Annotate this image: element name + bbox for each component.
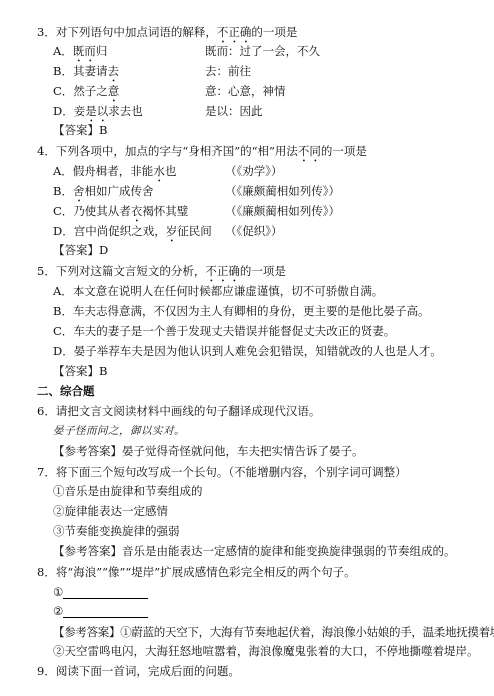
option-label: C．: [53, 84, 73, 98]
question-5-option-b: B．车夫志得意满，不仅因为主人有卿相的身份，更主要的是他比晏子高。: [53, 304, 429, 318]
option-text: 其妻请: [73, 64, 108, 78]
blank-line: [63, 605, 148, 618]
question-3-option-b: B．其妻请去: [53, 64, 119, 85]
question-3-stem: 3．对下列语句中加点词语的解释，不正确的一项是: [37, 25, 297, 46]
emphasized-word: 是以: [85, 104, 108, 118]
question-7-stem: 7．将下面三个短句改写成一个长句。（不能增删内容，个别字词可调整）: [37, 465, 407, 479]
option-label: A．: [53, 164, 73, 178]
option-a-source: （《劝学》）: [225, 164, 283, 178]
question-3-answer: 【答案】B: [53, 123, 107, 137]
question-5-option-d: D．晏子举荐车夫是因为他认识到人难免会犯错误，知错就改的人也是人才。: [53, 344, 442, 358]
option-text: 晏子举荐车夫是因为他认识到人难免会犯错误，知错就改的人也是人才。: [74, 344, 442, 358]
question-4-option-c: C．乃使其从者衣褐怀其璧: [53, 204, 188, 225]
question-8-answer-2: ②天空雷鸣电闪，大海狂怒地喧嚣着，海浪像魔鬼张着的大口，不停地撕噬着堤岸。: [53, 644, 479, 658]
stem-text: 4．下列各项中，加点的字与“身相齐国”的“相”用法: [37, 144, 298, 158]
blank-number: ①: [53, 585, 63, 599]
option-text: 本文意在说明人在任何时候都应谦虚谨慎，切不可骄傲自满。: [73, 284, 384, 298]
question-4-option-a: A．假舟楫者，非能水也: [53, 164, 176, 185]
emphasized-word: 不正确: [217, 25, 252, 39]
option-text: 求去也: [108, 104, 143, 118]
emphasized-word: 不同: [298, 144, 321, 158]
question-7-answer: 【参考答案】音乐是由能表达一定感情的旋律和能变换旋律强弱的节奏组成的。: [53, 544, 456, 558]
option-d-source: （《促织》）: [225, 224, 283, 238]
option-text: 车夫的妻子是一个善于发现丈夫错误并能督促丈夫改正的贤妻。: [73, 324, 395, 338]
option-label: D．: [53, 344, 74, 358]
emphasized-word: 不正确: [205, 264, 240, 278]
question-4-option-d: D．宫中尚促织之戏，岁征民间: [53, 224, 212, 245]
question-7-item-2: ②旋律能表达一定感情: [53, 504, 168, 518]
question-4-option-b: B．舍相如广成传舍: [53, 184, 153, 205]
option-label: D．: [53, 104, 74, 118]
question-9-stem: 9．阅读下面一首词，完成后面的问题。: [37, 664, 240, 678]
option-label: B．: [53, 304, 73, 318]
option-c-gloss: 意：心意，神情: [205, 84, 286, 98]
question-5-option-a: A．本文意在说明人在任何时候都应谦虚谨慎，切不可骄傲自满。: [53, 284, 383, 298]
question-7-item-3: ③节奏能变换旋律的强弱: [53, 524, 180, 538]
stem-text: 3．对下列语句中加点词语的解释，: [37, 25, 217, 39]
question-3-option-a: A．既而归: [53, 44, 107, 65]
stem-text: 5．下列对这篇文言短文的分析，: [37, 264, 205, 278]
option-text: 乃使其从者: [73, 204, 131, 218]
option-label: A．: [53, 284, 73, 298]
emphasized-word: 意: [108, 84, 120, 98]
stem-text: 的一项是: [251, 25, 297, 39]
emphasized-word: 舍: [73, 184, 85, 198]
option-label: C．: [53, 324, 73, 338]
question-8-blank-1: ①: [53, 585, 148, 599]
option-label: C．: [53, 204, 73, 218]
option-b-source: （《廉颇蔺相如列传》）: [225, 184, 340, 198]
option-text: 也: [165, 164, 177, 178]
question-6-answer: 【参考答案】晏子觉得奇怪就问他，车夫把实情告诉了晏子。: [53, 444, 364, 458]
option-label: B．: [53, 64, 73, 78]
option-text: 然子之: [73, 84, 108, 98]
question-8-blank-2: ②: [53, 604, 148, 618]
option-label: D．: [53, 224, 74, 238]
question-5-option-c: C．车夫的妻子是一个善于发现丈夫错误并能督促丈夫改正的贤妻。: [53, 324, 395, 338]
option-label: A．: [53, 44, 73, 58]
emphasized-word: 衣: [131, 204, 143, 218]
emphasized-word: 岁: [166, 224, 178, 238]
emphasized-word: 既而: [73, 44, 96, 58]
option-text: 归: [96, 44, 108, 58]
option-text: 相如广成传舍: [84, 184, 153, 198]
question-8-stem: 8．将“海浪”“像”“堤岸”扩展成感情色彩完全相反的两个句子。: [37, 565, 356, 579]
section-heading: 二、综合题: [37, 384, 95, 398]
emphasized-word: 水: [153, 164, 165, 178]
question-7-item-1: ①音乐是由旋律和节奏组成的: [53, 484, 203, 498]
emphasized-word: 去: [107, 64, 119, 78]
question-5-answer: 【答案】B: [53, 364, 107, 378]
option-text: 褐怀其璧: [142, 204, 188, 218]
stem-text: 的一项是: [321, 144, 367, 158]
option-c-source: （《廉颇蔺相如列传》）: [225, 204, 340, 218]
option-d-gloss: 是以：因此: [205, 104, 263, 118]
option-text: 妾: [74, 104, 86, 118]
question-4-answer: 【答案】D: [53, 243, 108, 257]
question-6-quote: 晏子怪而问之，御以实对。: [53, 424, 185, 438]
question-3-option-c: C．然子之意: [53, 84, 119, 105]
option-a-gloss: 既而：过了一会，不久: [205, 44, 320, 58]
question-4-stem: 4．下列各项中，加点的字与“身相齐国”的“相”用法不同的一项是: [37, 144, 367, 165]
blank-number: ②: [53, 604, 63, 618]
stem-text: 的一项是: [240, 264, 286, 278]
option-label: B．: [53, 184, 73, 198]
question-6-stem: 6．请把文言文阅读材料中画线的句子翻译成现代汉语。: [37, 404, 320, 418]
option-b-gloss: 去：前往: [205, 64, 251, 78]
option-text: 车夫志得意满，不仅因为主人有卿相的身份，更主要的是他比晏子高。: [73, 304, 430, 318]
blank-line: [63, 586, 148, 599]
question-8-answer-1: 【参考答案】①蔚蓝的天空下，大海有节奏地起伏着，海浪像小姑娘的手，温柔地抚摸着堤…: [53, 625, 494, 639]
option-text: 征民间: [177, 224, 212, 238]
option-text: 宫中尚促织之戏，: [74, 224, 166, 238]
question-3-option-d: D．妾是以求去也: [53, 104, 143, 125]
question-5-stem: 5．下列对这篇文言短文的分析，不正确的一项是: [37, 264, 286, 285]
option-text: 假舟楫者，非能: [73, 164, 154, 178]
